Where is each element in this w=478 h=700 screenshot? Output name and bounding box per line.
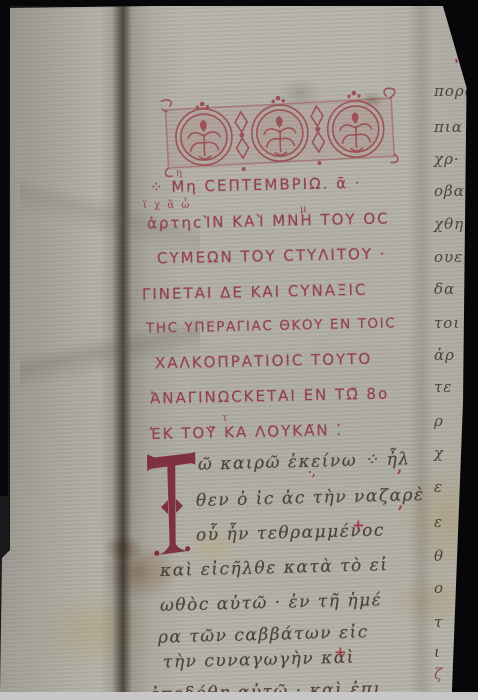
- edge-fragment: ε: [434, 513, 443, 531]
- edge-fragment: ο: [434, 579, 444, 597]
- edge-fragment: οβα: [434, 182, 465, 200]
- edge-fragment: τ: [434, 613, 443, 631]
- photo-frame-top: [0, 0, 478, 6]
- photo-frame-left: [0, 0, 10, 496]
- initial-letter-T: [145, 452, 199, 565]
- edge-fragment: θ: [434, 547, 444, 565]
- manuscript-photo: ⁘ Μη ϹΕΠΤΕΜΒΡΙΩ. ᾱ · ἀρτηϲῚΝ ΚΑῚ ΜΝΗ ΤΟΥ…: [0, 0, 478, 700]
- edge-fragment: ζ: [434, 665, 443, 683]
- marginal-note: τ: [222, 413, 230, 424]
- rubric-mark: +: [334, 643, 347, 661]
- edge-fragment: χθη: [434, 215, 464, 233]
- photo-frame-bottom-strip: [0, 692, 478, 700]
- rubric-mark: ·,: [308, 466, 316, 479]
- marginal-note: η: [176, 168, 184, 179]
- edge-fragment: δα: [434, 280, 455, 298]
- rubric-mark: ,: [398, 494, 403, 512]
- marginal-note: ϊ χ ἃ ὦ: [143, 200, 191, 211]
- edge-fragment: τε: [434, 378, 452, 396]
- edge-fragment: χ: [434, 444, 444, 462]
- headpiece-ornament-icon: [161, 86, 401, 186]
- edge-fragment: ι: [434, 643, 441, 661]
- edge-fragment: ουε: [434, 248, 463, 266]
- edge-fragment: ἀρ: [434, 346, 455, 364]
- rubric-mark: +: [352, 516, 365, 534]
- edge-fragment: ε: [434, 478, 443, 496]
- rubric-mark: ,: [397, 458, 402, 476]
- edge-fragment: χρ·: [434, 150, 460, 168]
- marginal-note: μ: [300, 204, 309, 215]
- edge-fragment: τοι: [434, 314, 460, 332]
- edge-fragment: ρ: [434, 412, 444, 430]
- edge-fragment: πια: [434, 118, 463, 136]
